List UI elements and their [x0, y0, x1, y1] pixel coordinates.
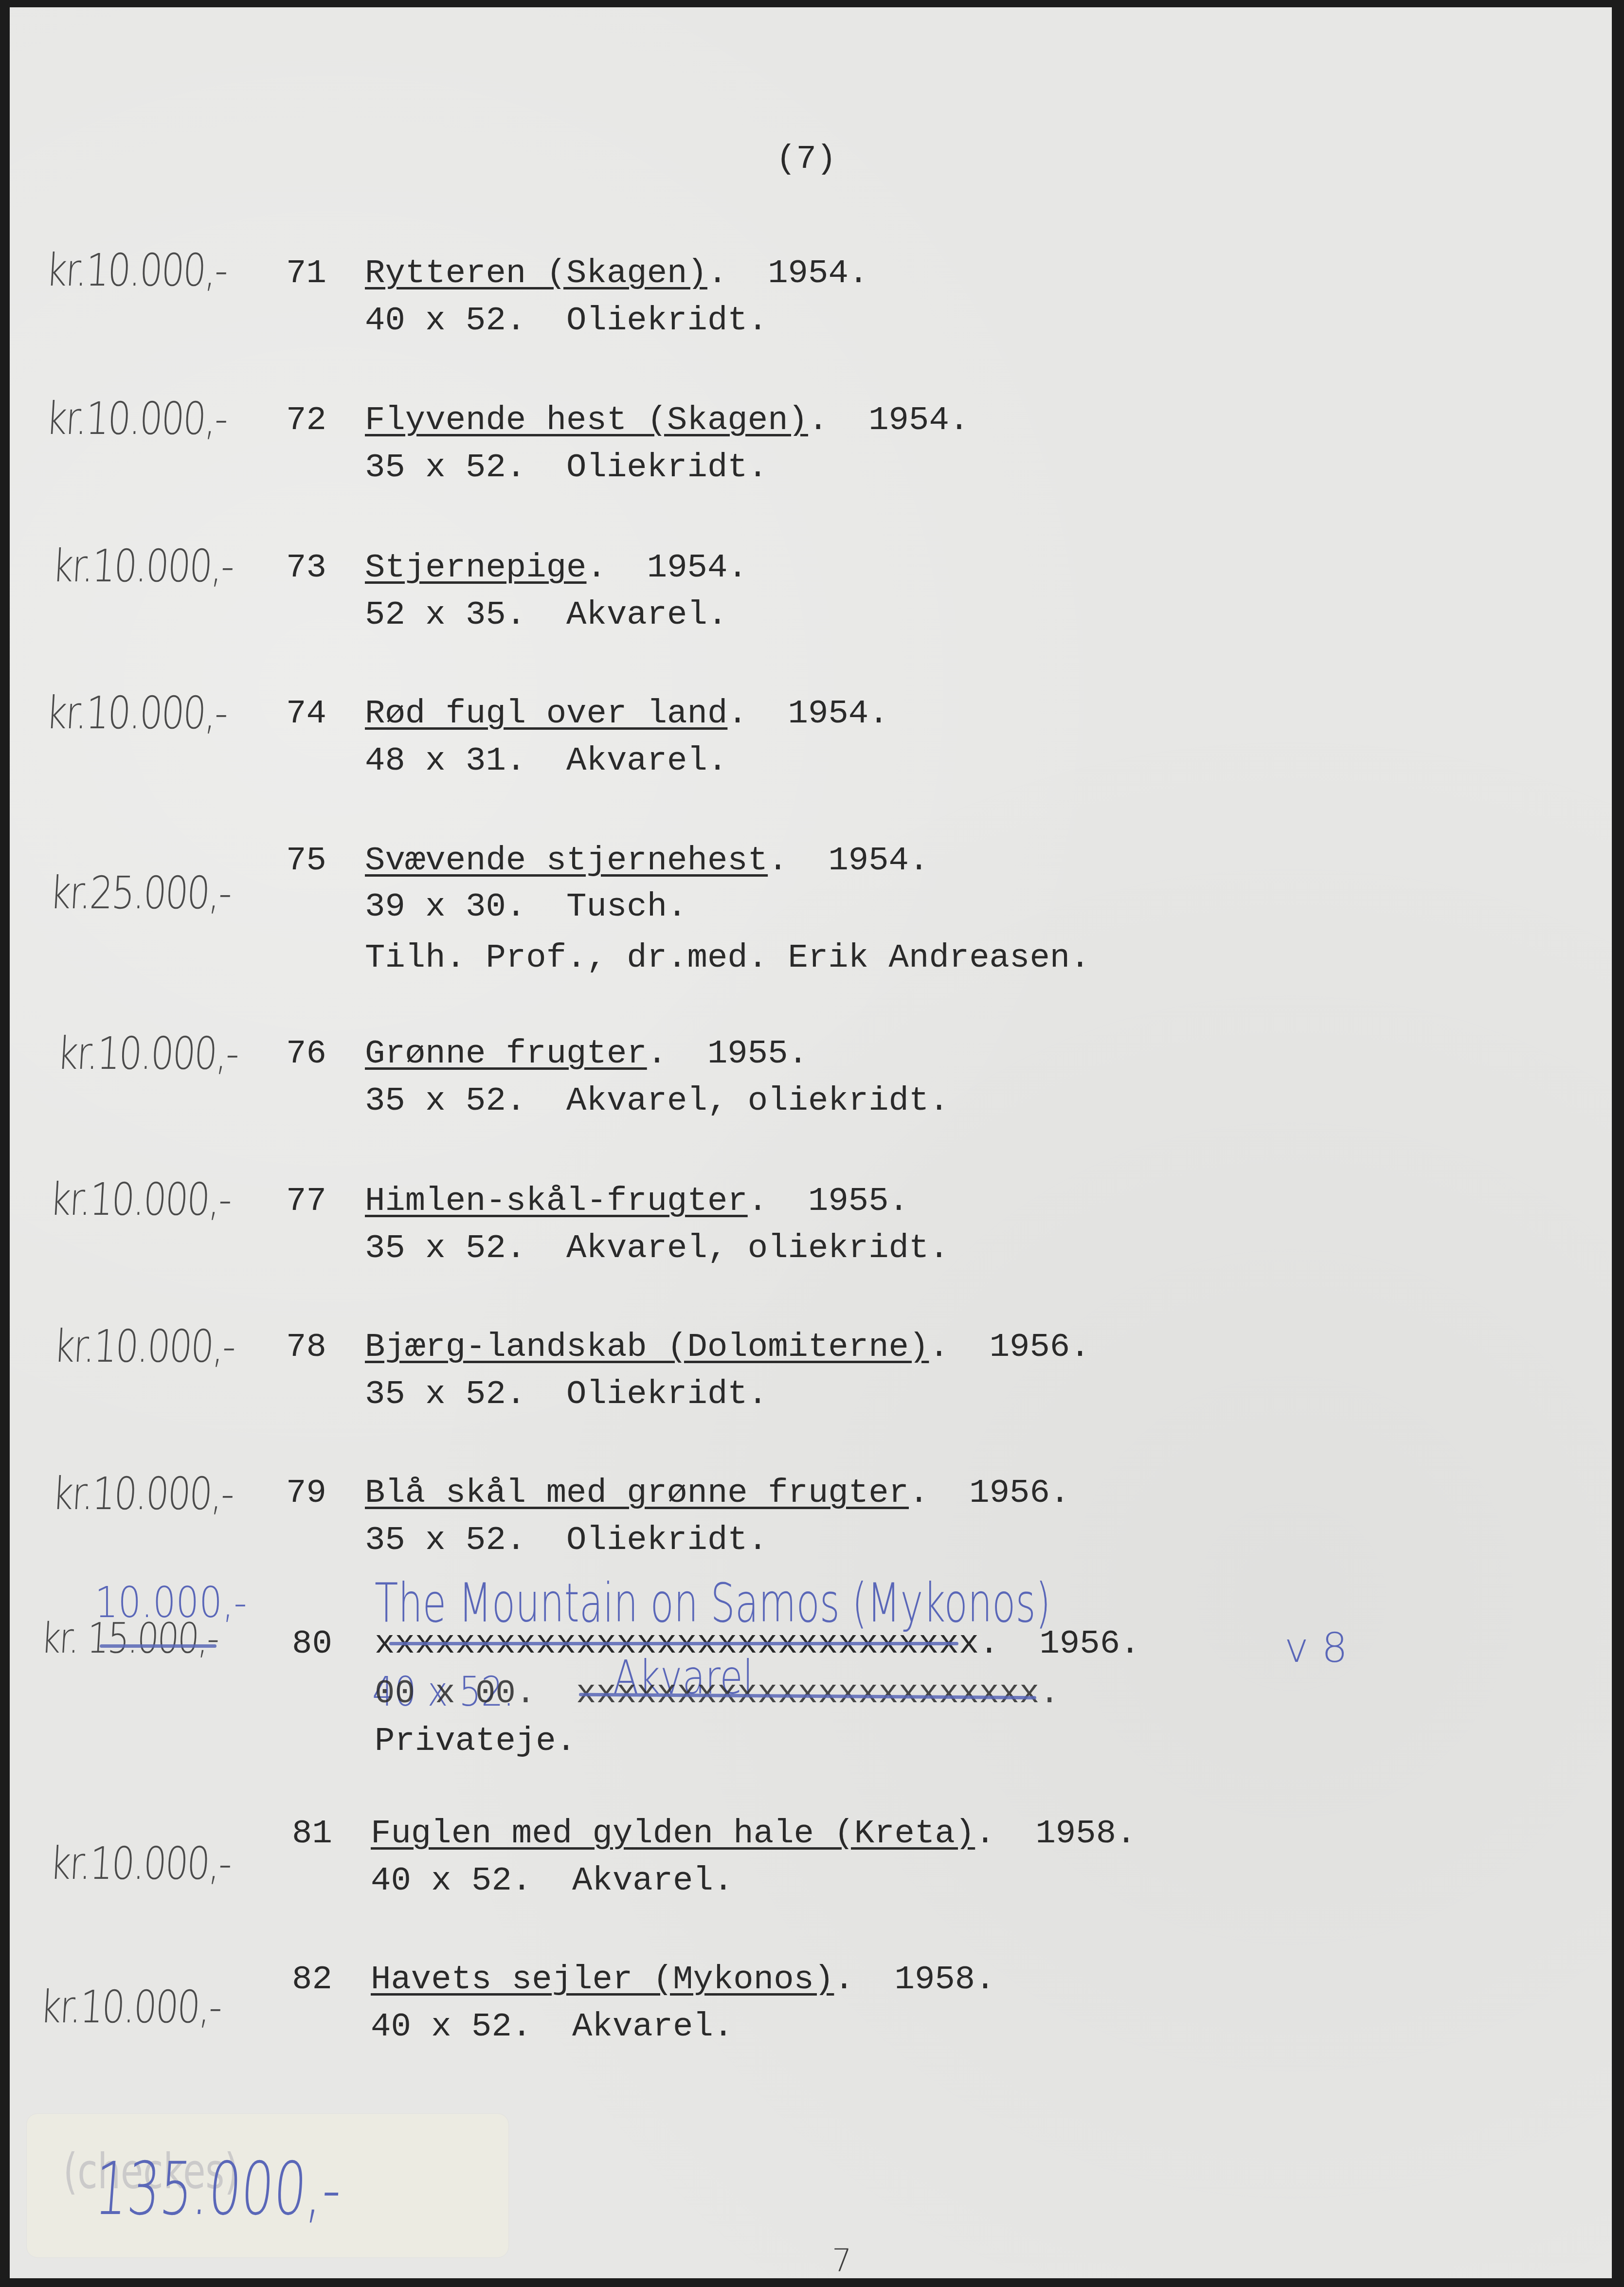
price-annotation: kr.10.000,- — [49, 1177, 232, 1222]
title-period: . — [768, 842, 828, 880]
artwork-year: 1954. — [788, 695, 889, 733]
catalog-number: 79 — [286, 1477, 326, 1510]
catalog-title-line: Bjærg-landskab (Dolomiterne). 1956. — [365, 1331, 1090, 1364]
price-annotation: kr.10.000,- — [56, 1031, 239, 1076]
price-annotation: kr.10.000,- — [51, 1472, 234, 1516]
catalog-title-line: Fuglen med gylden hale (Kreta). 1958. — [371, 1817, 1136, 1851]
artwork-details: 39 x 30. Tusch. — [365, 890, 687, 924]
catalog-number: 80 — [292, 1627, 332, 1661]
artwork-details: 35 x 52. Akvarel, oliekridt. — [365, 1232, 949, 1265]
catalog-title-line: Grønne frugter. 1955. — [365, 1037, 808, 1071]
page-footer-number: 7 — [832, 2245, 852, 2276]
artwork-title: Fuglen med gylden hale (Kreta) — [371, 1815, 975, 1853]
artwork-details: 40 x 52. Oliekridt. — [365, 304, 768, 338]
title-strikethrough — [389, 1642, 958, 1645]
catalog-number: 77 — [286, 1185, 326, 1218]
artwork-title: Grønne frugter — [365, 1035, 647, 1073]
handwritten-total: 135.000,- — [92, 2153, 344, 2226]
price-annotation: kr.10.000,- — [49, 1841, 232, 1886]
artwork-title: Blå skål med grønne frugter — [365, 1474, 909, 1512]
catalog-title-line: Stjernepige. 1954. — [365, 551, 748, 585]
title-period: . — [929, 1328, 989, 1366]
price-annotation: kr.10.000,- — [45, 248, 228, 293]
catalog-title-line: Havets sejler (Mykonos). 1958. — [371, 1963, 995, 1997]
price-annotation: kr.10.000,- — [51, 544, 234, 589]
title-period: . — [834, 1961, 894, 1999]
catalog-number: 74 — [286, 697, 326, 731]
artwork-title: Havets sejler (Mykonos) — [371, 1961, 834, 1999]
artwork-details: 40 x 52. Akvarel. — [371, 1864, 733, 1898]
typed-dimensions-redacted: 00 x 00. — [375, 1675, 536, 1712]
artwork-provenance: Privateje. — [375, 1725, 576, 1758]
artwork-title: Rytteren (Skagen) — [365, 254, 707, 292]
title-gap — [999, 1625, 1040, 1663]
price-annotation: kr.10.000,- — [45, 691, 228, 736]
catalog-number: 78 — [286, 1331, 326, 1364]
artwork-title: Bjærg-landskab (Dolomiterne) — [365, 1328, 929, 1366]
price-strikethrough — [100, 1644, 217, 1648]
artwork-year: 1956. — [969, 1474, 1070, 1512]
artwork-year: 1954. — [828, 842, 929, 880]
artwork-title: Rød fugl over land — [365, 695, 727, 733]
catalog-number: 75 — [286, 844, 326, 878]
artwork-title: Stjernepige — [365, 549, 586, 587]
catalog-title-line: Rød fugl over land. 1954. — [365, 697, 889, 731]
title-period: . — [808, 401, 868, 439]
artwork-year: 1954. — [768, 254, 868, 292]
catalog-number: 76 — [286, 1037, 326, 1071]
artwork-title: Svævende stjernehest — [365, 842, 768, 880]
title-period: . — [975, 1815, 1035, 1853]
price-annotation: kr.10.000,- — [53, 1324, 235, 1369]
dims-gap — [536, 1675, 576, 1712]
catalog-title-line: Rytteren (Skagen). 1954. — [365, 257, 868, 290]
artwork-year: 1954. — [868, 401, 969, 439]
title-period: . — [748, 1182, 808, 1220]
artwork-title: Himlen-skål-frugter — [365, 1182, 748, 1220]
artwork-details: 35 x 52. Oliekridt. — [365, 1524, 768, 1557]
artwork-details: 35 x 52. Akvarel, oliekridt. — [365, 1084, 949, 1118]
artwork-provenance: Tilh. Prof., dr.med. Erik Andreasen. — [365, 941, 1090, 975]
artwork-year: 1958. — [895, 1961, 995, 1999]
catalog-number: 71 — [286, 257, 326, 290]
artwork-details: 35 x 52. Oliekridt. — [365, 1378, 768, 1411]
artwork-year: 1956. — [990, 1328, 1090, 1366]
catalog-number: 81 — [292, 1817, 332, 1851]
artwork-details: 52 x 35. Akvarel. — [365, 598, 727, 632]
price-annotation: kr.10.000,- — [39, 1985, 222, 2030]
title-period: . — [707, 254, 768, 292]
artwork-year: 1958. — [1035, 1815, 1136, 1853]
catalog-title-line: Flyvende hest (Skagen). 1954. — [365, 404, 969, 437]
catalog-number: 82 — [292, 1963, 332, 1997]
catalog-number: 73 — [286, 551, 326, 585]
artwork-title: Flyvende hest (Skagen) — [365, 401, 808, 439]
title-period: . — [647, 1035, 707, 1073]
title-period: . — [727, 695, 788, 733]
artwork-year: 1954. — [647, 549, 748, 587]
artwork-details: 48 x 31. Akvarel. — [365, 744, 727, 778]
catalog-title-line: Blå skål med grønne frugter. 1956. — [365, 1477, 1070, 1510]
price-annotation: kr.10.000,- — [45, 396, 228, 441]
artwork-year: 1955. — [707, 1035, 808, 1073]
page-header-number: (7) — [776, 143, 836, 176]
artwork-year: 1956. — [1039, 1625, 1140, 1663]
margin-checkmark-note: v 8 — [1284, 1627, 1348, 1668]
title-period: . — [909, 1474, 969, 1512]
artwork-details: 40 x 52. Akvarel. — [371, 2010, 733, 2044]
catalog-title-line: Himlen-skål-frugter. 1955. — [365, 1185, 909, 1218]
handwritten-title-correction: The Mountain on Samos (Mykonos) — [375, 1576, 1051, 1630]
catalog-title-line: Svævende stjernehest. 1954. — [365, 844, 929, 878]
artwork-details: 35 x 52. Oliekridt. — [365, 451, 768, 485]
title-period: . — [586, 549, 647, 587]
catalog-number: 72 — [286, 404, 326, 437]
artwork-year: 1955. — [808, 1182, 909, 1220]
document-page: (7) kr.10.000,- 71 Rytteren (Skagen). 19… — [10, 7, 1612, 2278]
original-price-struck: kr. 15.000,- — [40, 1618, 219, 1659]
price-annotation: kr.25.000,- — [49, 871, 232, 916]
